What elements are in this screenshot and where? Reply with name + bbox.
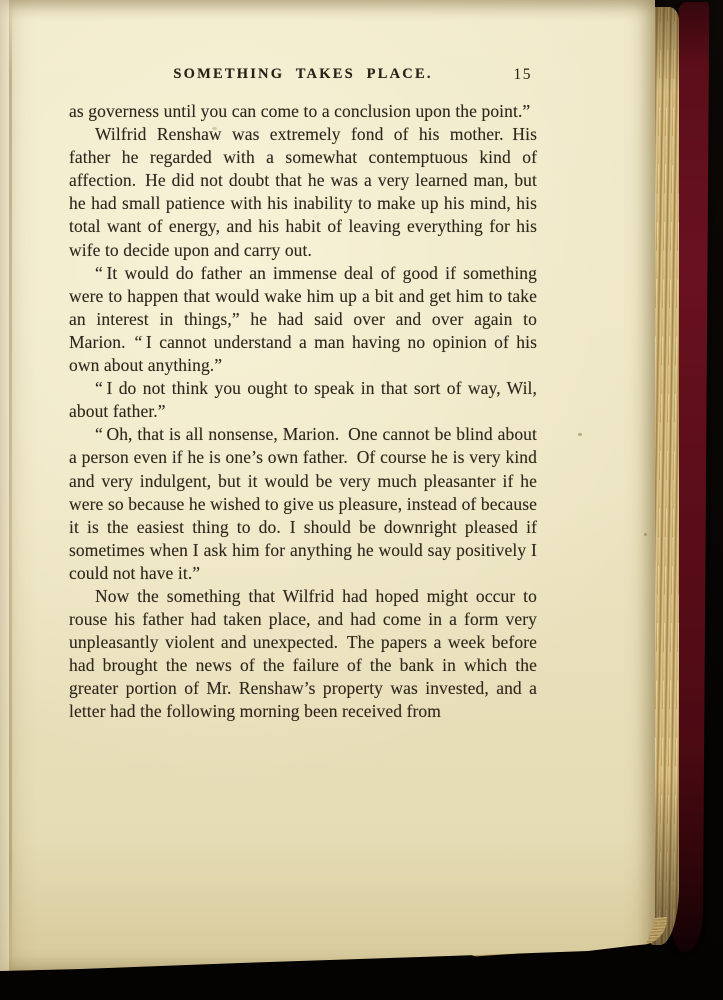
paragraph: “ Oh, that is all nonsense, Marion. One … [69,423,537,585]
gutter-highlight [0,0,9,976]
paragraph: “ I do not think you ought to speak in t… [69,377,537,423]
paragraph: “ It would do father an immense deal of … [69,262,537,377]
paragraph: Wilfrid Renshaw was extremely fond of hi… [69,123,537,262]
paper-speck [578,433,582,436]
printed-area: SOMETHING TAKES PLACE. 15 as governess u… [69,66,537,724]
paragraph: Now the something that Wilfrid had hoped… [69,585,537,724]
running-title: SOMETHING TAKES PLACE. [69,66,537,83]
paper-speck [644,533,647,536]
gutter-crease [9,0,12,976]
paragraph: as governess until you can come to a con… [69,100,537,123]
page-number: 15 [514,66,533,84]
body-text: as governess until you can come to a con… [69,100,537,724]
scanned-book-photo: SOMETHING TAKES PLACE. 15 as governess u… [0,0,723,1000]
page-header: SOMETHING TAKES PLACE. 15 [69,66,537,86]
book-page: SOMETHING TAKES PLACE. 15 as governess u… [0,0,655,976]
